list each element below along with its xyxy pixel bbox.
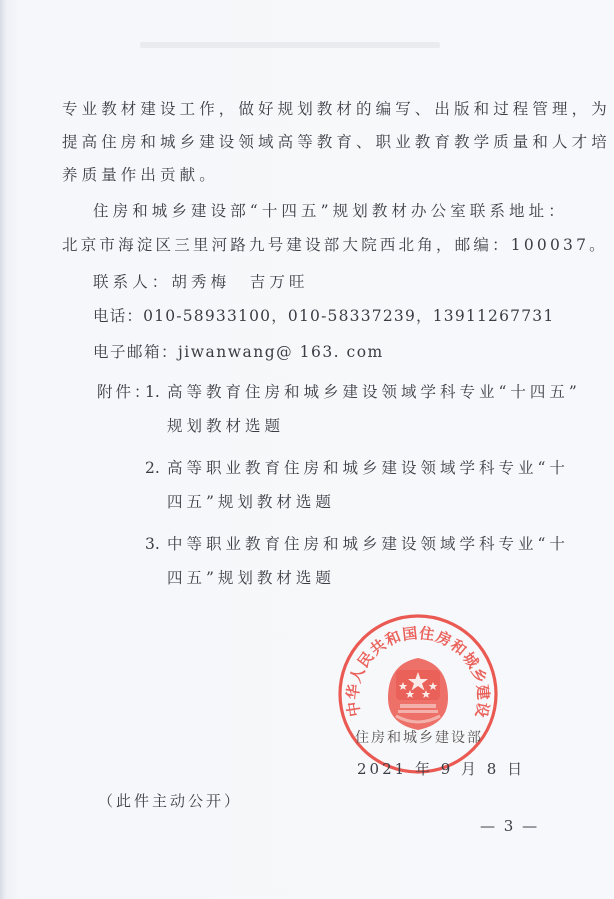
contact-phones: 电话：010-58933100，010-58337239，13911267731 (93, 306, 554, 326)
office-address-heading: 住房和城乡建设部“十四五”规划教材办公室联系地址： (93, 201, 568, 221)
attachment-title-line1: 高等职业教育住房和城乡建设领域学科专业“十 (167, 458, 569, 478)
attachment-number: 1. (145, 382, 160, 402)
page-number: — 3 — (480, 817, 539, 835)
official-seal-icon: 中华人民共和国住房和城乡建设部 (336, 612, 500, 776)
document-page: 专业教材建设工作，做好规划教材的编写、出版和过程管理，为 提高住房和城乡建设领域… (0, 0, 614, 899)
body-paragraph-line: 提高住房和城乡建设领域高等教育、职业教育教学质量和人才培 (62, 132, 611, 152)
attachment-number: 3. (145, 534, 160, 554)
issuing-authority: 住房和城乡建设部 (355, 727, 483, 747)
attachment-title-line2: 四五”规划教材选题 (167, 568, 335, 588)
office-address: 北京市海淀区三里河路九号建设部大院西北角，邮编：100037。 (62, 235, 608, 255)
contact-persons: 联系人：胡秀梅 吉万旺 (93, 272, 309, 292)
attachment-title-line1: 高等教育住房和城乡建设领域学科专业“十四五” (167, 382, 581, 402)
contact-email: 电子邮箱：jiwanwang@ 163. com (93, 342, 384, 362)
attachment-number: 2. (145, 458, 160, 478)
attachment-title-line1: 中等职业教育住房和城乡建设领域学科专业“十 (167, 534, 569, 554)
issue-date: 2021 年 9 月 8 日 (357, 758, 525, 779)
body-paragraph-line: 养质量作出贡献。 (62, 165, 219, 185)
disclosure-note: （此件主动公开） (98, 790, 242, 811)
body-paragraph-line: 专业教材建设工作，做好规划教材的编写、出版和过程管理，为 (62, 99, 611, 119)
bleed-through-artifact (140, 42, 440, 48)
attachment-title-line2: 四五”规划教材选题 (167, 492, 335, 512)
attachment-title-line2: 规划教材选题 (167, 416, 284, 436)
